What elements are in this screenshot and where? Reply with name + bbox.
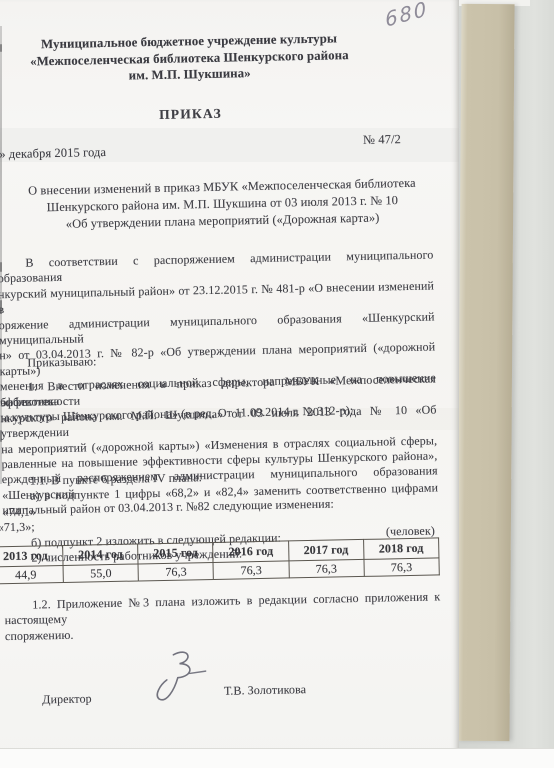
signature-scribble <box>143 646 216 709</box>
table-header-cell: 2016 год <box>213 541 289 563</box>
table-value-cell: 76,3 <box>213 561 288 580</box>
table-header-cell: 2018 год <box>363 538 439 560</box>
table-header-cell: 2014 год <box>63 544 139 566</box>
table-header-cell: 2013 год <box>0 545 63 567</box>
staff-table: 2013 год 2014 год 2015 год 2016 год 2017… <box>0 537 440 584</box>
page-bottom-edge <box>0 748 554 768</box>
subject: О внесении изменений в приказ МБУК «Межп… <box>16 175 429 234</box>
table-header-cell: 2017 год <box>288 539 364 561</box>
table-value-cell: 76,3 <box>289 559 364 578</box>
cardboard-edge <box>456 4 514 741</box>
table-value-cell: 55,0 <box>63 564 138 583</box>
scanned-document: 680 Муниципальное бюджетное учреждение к… <box>0 0 554 768</box>
doc-number: № 47/2 <box>363 132 401 148</box>
table-value-cell: 76,3 <box>364 558 440 577</box>
table-value-cell: 76,3 <box>138 562 213 581</box>
document-content: 680 Муниципальное бюджетное учреждение к… <box>0 0 444 768</box>
doc-title: ПРИКАЗ <box>0 102 387 126</box>
table-header-cell: 2015 год <box>138 542 214 564</box>
signature-title: Директор <box>42 691 92 707</box>
handwritten-page-number: 680 <box>384 0 430 32</box>
organization-header: Муниципальное бюджетное учреждение культ… <box>0 29 386 86</box>
table-value-cell: 44,9 <box>0 565 64 584</box>
signature-name: Т.В. Золотикова <box>224 682 306 699</box>
doc-date: » декабря 2015 года <box>0 145 106 162</box>
item-1-2: 1.2. Приложение №3 плана изложить в реда… <box>4 589 441 644</box>
